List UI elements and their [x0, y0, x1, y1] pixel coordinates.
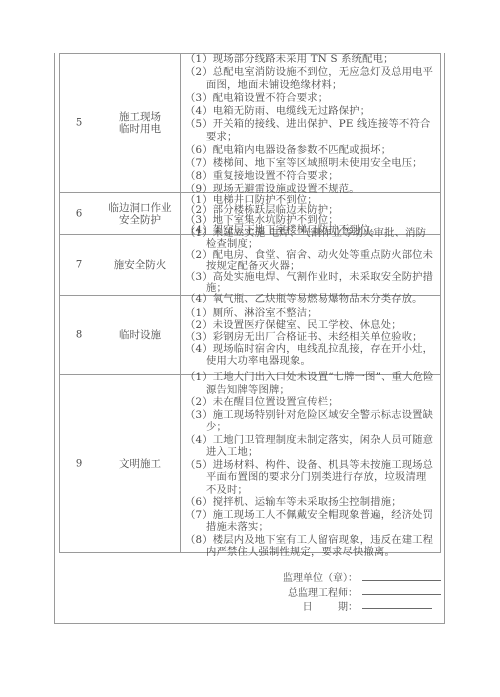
issue-item: （8）重复接地设置不符合要求；: [185, 170, 436, 183]
supervisor-unit-label: 监理单位（章）：: [283, 569, 358, 584]
row-category: 文明施工: [100, 458, 180, 470]
table-row: 9 文明施工 （1）工地大门出入口处未设置“七牌一图”、重大危险源告知牌等图牌；…: [59, 375, 441, 553]
row-category-line: 临时设施: [100, 329, 180, 341]
issue-item: （3）高处实施电焊、气割作业时，未采取安全防护措施；: [185, 272, 436, 294]
issue-item: （8）楼层内及地下室有工人留宿现象，违反在建工程内严禁住人强制性规定，要求尽快撤…: [185, 534, 436, 559]
row-category: 临边洞口作业安全防护: [100, 202, 180, 226]
row-category-line: 文明施工: [100, 458, 180, 470]
issue-item: （4）工地门卫管理制度未制定落实，闲杂人员可随意进入工地；: [185, 434, 436, 459]
row-issues: （1）现场部分线路未采用 TN S 系统配电；（2）总配电室消防设施不到位，无应…: [180, 54, 440, 192]
issue-item: （5）开关箱的接线、进出保护、PE 线连接等不符合要求；: [185, 118, 436, 144]
issue-item: （4）现场临时宿舍内，电线乱拉乱接，存在开小灶，使用大功率电器现象。: [185, 343, 436, 367]
issue-item: （1）未建立实施 电焊、气割作业等动火审批、消防检查制度；: [185, 228, 436, 250]
issue-item: （7）施工现场工人不佩戴安全帽现象普遍，经济处罚措施未落实；: [185, 509, 436, 534]
date-label: 日 期：: [303, 598, 358, 613]
issue-item: （3）施工现场特别针对危险区域安全警示标志设置缺少；: [185, 409, 436, 434]
row-issues: （1）工地大门出入口处未设置“七牌一图”、重大危险源告知牌等图牌；（2）未在醒目…: [180, 375, 440, 552]
chief-engineer-label: 总监理工程师：: [288, 584, 358, 599]
row-number: 9: [60, 458, 98, 469]
table-row: 7 施安全防火 （1）未建立实施 电焊、气割作业等动火审批、消防检查制度；（2）…: [59, 235, 441, 296]
row-number: 7: [60, 260, 98, 271]
supervisor-unit-signature-line[interactable]: [362, 580, 441, 581]
row-category-line: 安全防护: [100, 214, 180, 226]
issue-item: （2）未在醒目位置设置宣传栏；: [185, 396, 436, 409]
table-row: 5 施工现场临时用电 （1）现场部分线路未采用 TN S 系统配电；（2）总配电…: [59, 53, 441, 193]
row-category: 临时设施: [100, 329, 180, 341]
row-category-line: 施安全防火: [100, 259, 180, 271]
row-category: 施工现场临时用电: [100, 111, 180, 135]
row-number: 8: [60, 330, 98, 341]
issue-item: （1）工地大门出入口处未设置“七牌一图”、重大危险源告知牌等图牌；: [185, 371, 436, 396]
row-issues: （1）未建立实施 电焊、气割作业等动火审批、消防检查制度；（2）配电房、食堂、宿…: [180, 235, 440, 295]
row-number: 6: [60, 208, 98, 219]
table-row: 8 临时设施 （1）厕所、淋浴室不整洁；（2）未设置医疗保健室、民工学校、休息处…: [59, 296, 441, 375]
issue-item: （6）配电箱内电器设备参数不匹配或损坏；: [185, 144, 436, 157]
row-category-line: 施工现场: [100, 111, 180, 123]
issue-item: （2）总配电室消防设施不到位，无应急灯及总用电平面图，地面未铺设绝缘材料；: [185, 66, 436, 92]
row-category-line: 临边洞口作业: [100, 202, 180, 214]
issue-item: （1）厕所、淋浴室不整洁；: [185, 307, 436, 319]
issue-item: （3）配电箱设置不符合要求；: [185, 92, 436, 105]
row-issues: （1）厕所、淋浴室不整洁；（2）未设置医疗保健室、民工学校、休息处；（3）彩钢房…: [180, 296, 440, 374]
issue-item: （6）搅拌机、运输车等未采取扬尘控制措施；: [185, 496, 436, 509]
issue-item: （2）配电房、食堂、宿舍、动火处等重点防火部位未按规定配备灭火器；: [185, 250, 436, 272]
issue-item: （3）彩钢房无出厂合格证书、未经相关单位验收；: [185, 331, 436, 343]
issue-item: （1）现场部分线路未采用 TN S 系统配电；: [185, 53, 436, 66]
issue-item: （7）楼梯间、地下室等区域照明未使用安全电压；: [185, 157, 436, 170]
row-number: 5: [60, 118, 98, 129]
date-signature-line[interactable]: [362, 608, 432, 609]
row-category: 施安全防火: [100, 259, 180, 271]
chief-engineer-signature-line[interactable]: [362, 594, 441, 595]
issue-item: （2）未设置医疗保健室、民工学校、休息处；: [185, 319, 436, 331]
issue-item: （5）进场材料、构件、设备、机具等未按施工现场总平面布置图的要求分门别类进行存放…: [185, 459, 436, 497]
row-category-line: 临时用电: [100, 123, 180, 135]
issue-item: （4）电箱无防雨、电缆线无过路保护；: [185, 105, 436, 118]
